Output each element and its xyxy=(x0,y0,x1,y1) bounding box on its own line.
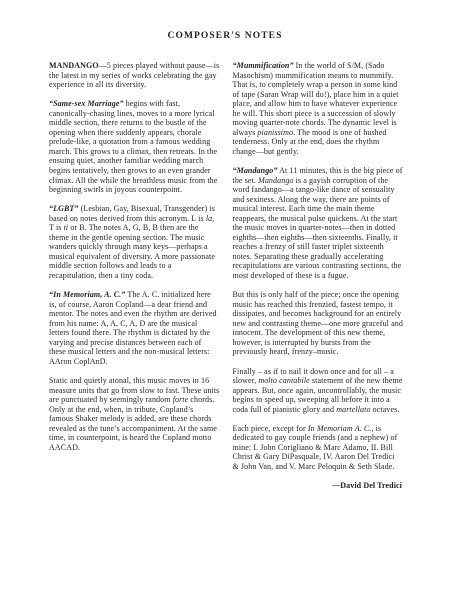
page-title: COMPOSER'S NOTES xyxy=(0,0,450,41)
text-run: octaves. xyxy=(371,405,400,414)
left-column: MANDANGO—5 pieces played without pause—i… xyxy=(49,61,220,491)
paragraph: Each piece, except for In Memoriam A. C.… xyxy=(233,424,404,472)
text-run: But this is only half of the piece; once… xyxy=(233,290,403,356)
right-column: “Mummification” In the world of S/M, (Sa… xyxy=(233,61,404,491)
document-page: COMPOSER'S NOTES MANDANGO—5 pieces playe… xyxy=(0,0,450,600)
text-run: The A. C. initialized here is, of course… xyxy=(49,290,217,366)
text-run: “In Memoriam, A. C.” xyxy=(49,290,125,299)
two-column-layout: MANDANGO—5 pieces played without pause—i… xyxy=(49,61,403,491)
paragraph: But this is only half of the piece; once… xyxy=(233,290,404,357)
paragraph: Static and quietly atonal, this music mo… xyxy=(49,376,220,452)
text-run: Each piece, except for xyxy=(233,424,308,433)
text-run: forte xyxy=(173,395,189,404)
paragraph: MANDANGO—5 pieces played without pause—i… xyxy=(49,61,220,90)
paragraph: “LGBT” (Lesbian, Gay, Bisexual, Transgen… xyxy=(49,204,220,280)
text-run: or B. The notes A, G, B, B then are the … xyxy=(49,223,215,280)
text-run: molto cantabile xyxy=(258,376,310,385)
text-run: “Mummification” xyxy=(233,61,294,70)
text-run: Mandango xyxy=(258,176,293,185)
text-run: begins with fast, canonically-chasing li… xyxy=(49,99,217,194)
text-run: “Same-sex Marriage” xyxy=(49,99,124,108)
text-run: is a gayish corruption of the word fanda… xyxy=(233,176,402,280)
text-run: MANDANGO xyxy=(49,61,99,70)
paragraph: “Same-sex Marriage” begins with fast, ca… xyxy=(49,99,220,194)
author-signature: —David Del Tredici xyxy=(233,481,404,491)
paragraph: “Mummification” In the world of S/M, (Sa… xyxy=(233,61,404,156)
text-run: In Memoriam A. C. xyxy=(308,424,372,433)
paragraph: “In Memoriam, A. C.” The A. C. initializ… xyxy=(49,290,220,366)
text-run: In the world of S/M, (Sado Masochism) mu… xyxy=(233,61,399,137)
text-run: “LGBT” xyxy=(49,204,79,213)
text-run: martellato xyxy=(336,405,370,414)
paragraph: “Mandango” At 11 minutes, this is the bi… xyxy=(233,166,404,281)
text-run: pianissimo xyxy=(257,128,293,137)
text-run: “Mandango” xyxy=(233,166,278,175)
paragraph: Finally – as if to nail it down once and… xyxy=(233,367,404,415)
